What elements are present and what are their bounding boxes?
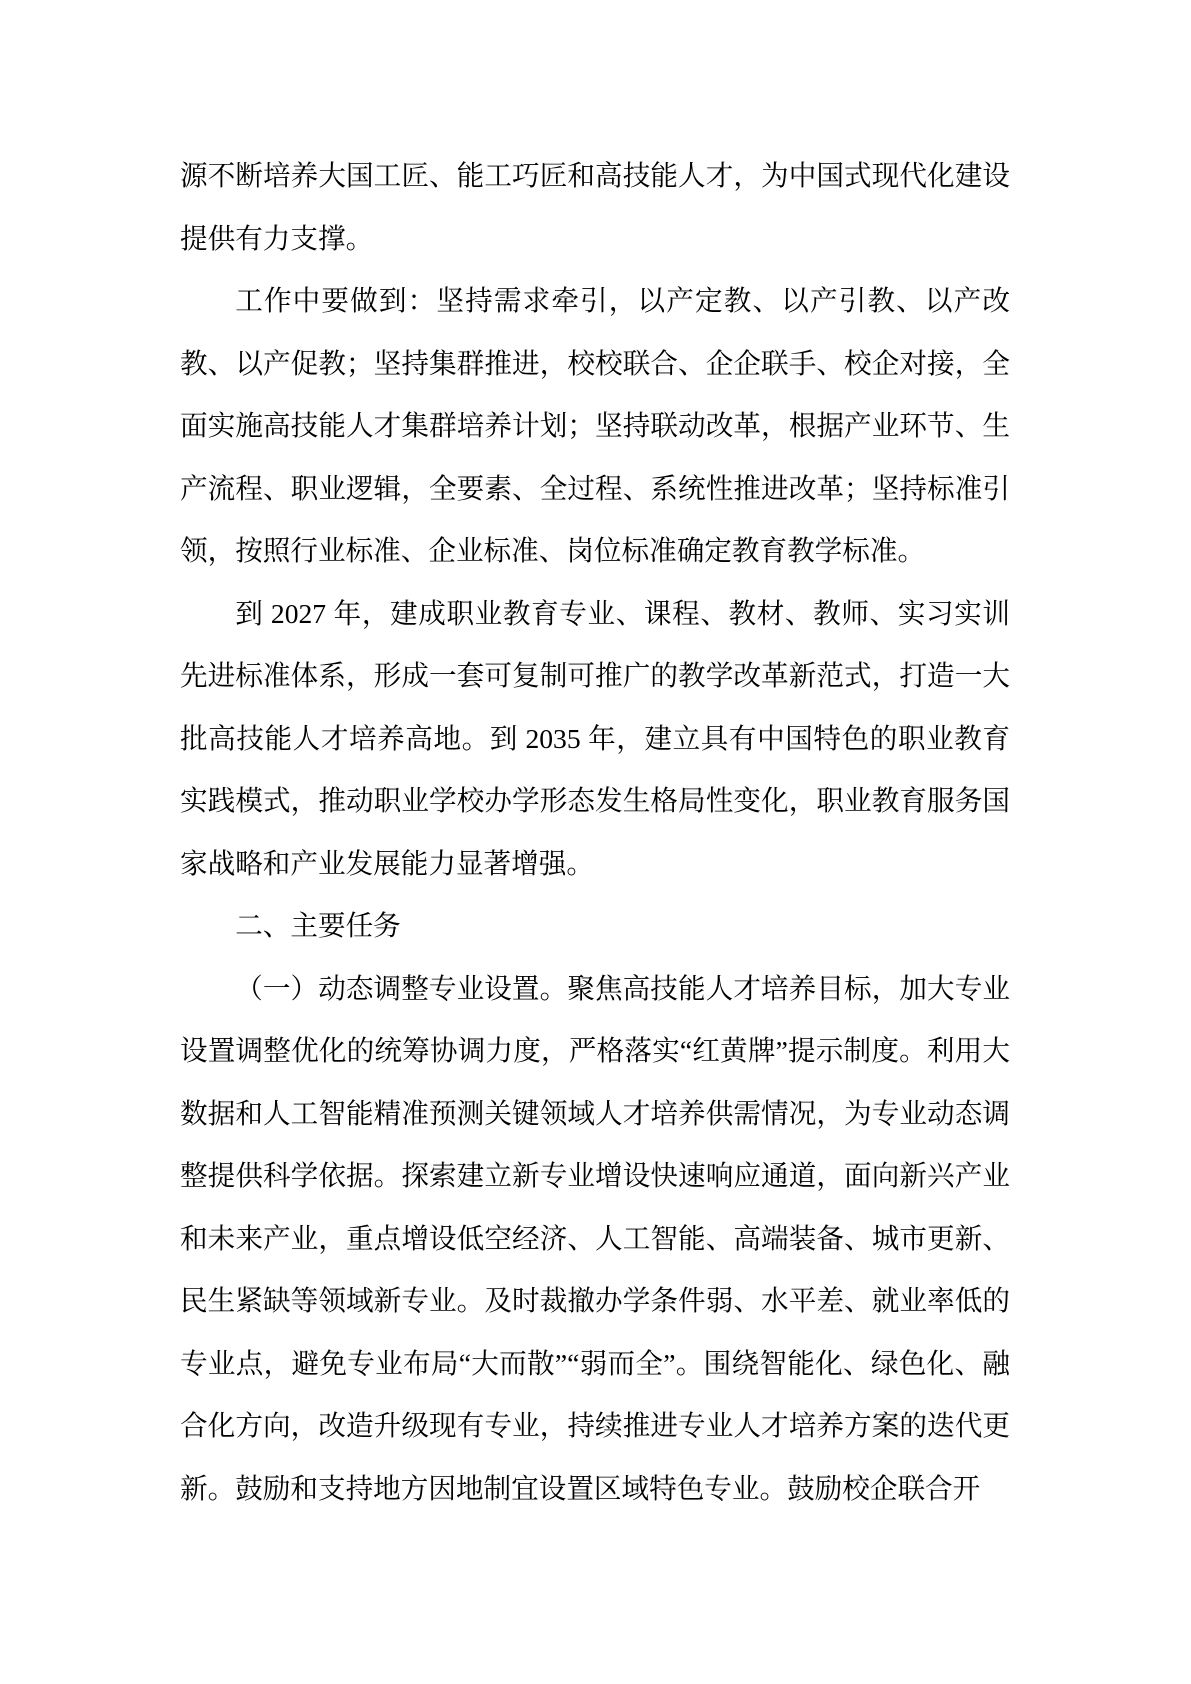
section-heading-main-tasks: 二、主要任务 — [180, 895, 1010, 958]
document-page: 源不断培养大国工匠、能工巧匠和高技能人才，为中国式现代化建设提供有力支撑。 工作… — [0, 0, 1191, 1684]
paragraph-continuation: 源不断培养大国工匠、能工巧匠和高技能人才，为中国式现代化建设提供有力支撑。 — [180, 145, 1010, 270]
paragraph-task-one-major-adjustment: （一）动态调整专业设置。聚焦高技能人才培养目标，加大专业设置调整优化的统筹协调力… — [180, 958, 1010, 1521]
paragraph-milestone-goals: 到 2027 年，建成职业教育专业、课程、教材、教师、实习实训先进标准体系，形成… — [180, 583, 1010, 896]
document-content: 源不断培养大国工匠、能工巧匠和高技能人才，为中国式现代化建设提供有力支撑。 工作… — [180, 145, 1010, 1520]
paragraph-work-principles: 工作中要做到：坚持需求牵引，以产定教、以产引教、以产改教、以产促教；坚持集群推进… — [180, 270, 1010, 583]
